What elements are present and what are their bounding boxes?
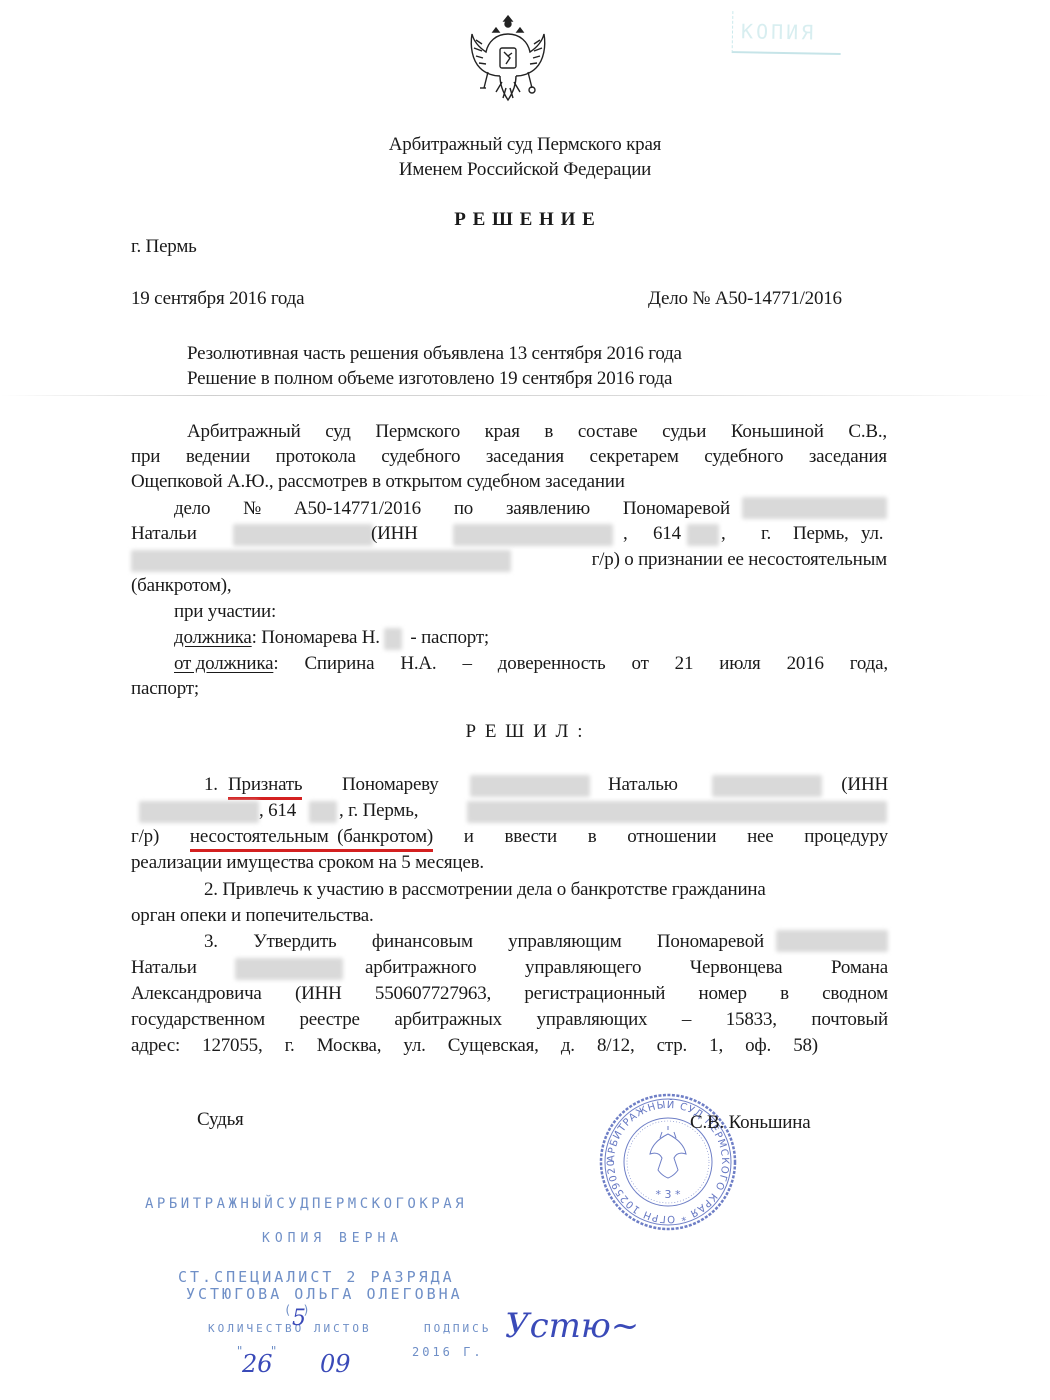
item-3-line-4: государственномреестреарбитражныхуправля… [131,1008,888,1032]
item-2-line-2: орган опеки и попечительства. [131,904,374,928]
redacted-patronymic [712,775,822,797]
handwritten-day: 26 [242,1350,273,1378]
copy-stamp-position: СТ.СПЕЦИАЛИСТ 2 РАЗРЯДА [178,1268,455,1286]
redacted-postcode [309,801,337,823]
redacted-surname [470,775,590,797]
copy-stamp-sign-label: ПОДПИСЬ [424,1322,491,1335]
copy-stamp-certified: КОПИЯ ВЕРНА [262,1231,403,1246]
redacted-postcode [687,524,719,546]
redacted-initial [384,628,402,650]
in-name-of-federation: Именем Российской Федерации [0,158,1050,182]
copy-stamp-officer: УСТЮГОВА ОЛЬГА ОЛЕГОВНА [186,1285,463,1303]
redacted-inn [139,801,259,823]
intro-line-2: приведениипротоколасудебногозаседаниясек… [131,445,887,469]
handwritten-sheets-count: 5 [292,1306,306,1331]
handwritten-month: 09 [320,1350,351,1378]
resolutive-part-announced: Резолютивная часть решения объявлена 13 … [187,342,682,366]
full-decision-made: Решение в полном объеме изготовлено 19 с… [187,367,672,391]
decided-heading: Р Е Ш И Л : [0,720,1050,744]
city: г. Пермь [131,235,197,259]
coat-of-arms-emblem [466,12,550,104]
decision-date: 19 сентября 2016 года [131,287,304,311]
debtor-line: должника: Пономарева Н. - паспорт; [174,626,489,650]
item-3-line-5: адрес:127055,г.Москва,ул.Сущевская,д.8/1… [131,1034,818,1058]
redacted-patronymic [742,497,887,519]
signature-role: Судья [197,1108,244,1132]
item-2-line-1: 2. Привлечь к участию в рассмотрении дел… [204,878,766,902]
document-title: Р Е Ш Е Н И Е [0,208,1050,232]
copy-stamp-court: АРБИТРАЖНЫЙСУДПЕРМСКОГОКРАЯ [145,1196,467,1212]
redacted-inn [453,524,613,546]
copy-stamp-sheets-label: КОЛИЧЕСТВО ЛИСТОВ [208,1322,372,1335]
scan-artifact-line [0,395,1050,396]
case-number: Дело № А50-14771/2016 [648,287,842,311]
intro-line-1: АрбитражныйсудПермскогокраявсоставесудьи… [187,420,887,444]
svg-text:* 3 *: * 3 * [656,1188,681,1201]
representative-line-tail: паспорт; [131,677,199,701]
intro-line-3: Ощепковой А.Ю., рассмотрев в открытом су… [131,470,625,494]
representative-line: от должника: СпиринаН.А.–доверенностьот2… [174,652,888,676]
highlight-recognize: Признать [228,773,302,800]
item-3-line-1: 3.УтвердитьфинансовымуправляющимПономаре… [204,930,888,954]
redacted-address [131,550,511,572]
signature-name: С.В. Коньшина [690,1111,810,1135]
corner-copy-stamp: КОПИЯ [732,11,842,55]
item-1-line-4: реализации имущества сроком на 5 месяцев… [131,851,484,875]
court-name: Арбитражный суд Пермского края [0,133,1050,157]
corner-copy-stamp-text: КОПИЯ [741,19,817,44]
intro-line-4: дело№А50-14771/2016позаявлениюПономарево… [174,497,888,521]
redacted-patronymic [233,524,373,546]
highlight-bankrupt: несостоятельным (банкротом) [190,825,433,852]
item-1-line-3: г/р) несостоятельным (банкротом) иввести… [131,825,888,852]
item-3-line-3: Александровича(ИНН550607727963,регистрац… [131,982,888,1006]
participants-heading: при участии: [174,600,276,624]
intro-line-7: (банкротом), [131,574,231,598]
redacted-patronymic [235,958,343,980]
redacted-address [467,801,887,823]
handwritten-signature: Устю~ [505,1306,639,1346]
copy-stamp-year: 2016 Г. [412,1345,484,1359]
redacted-patronymic [776,930,888,952]
